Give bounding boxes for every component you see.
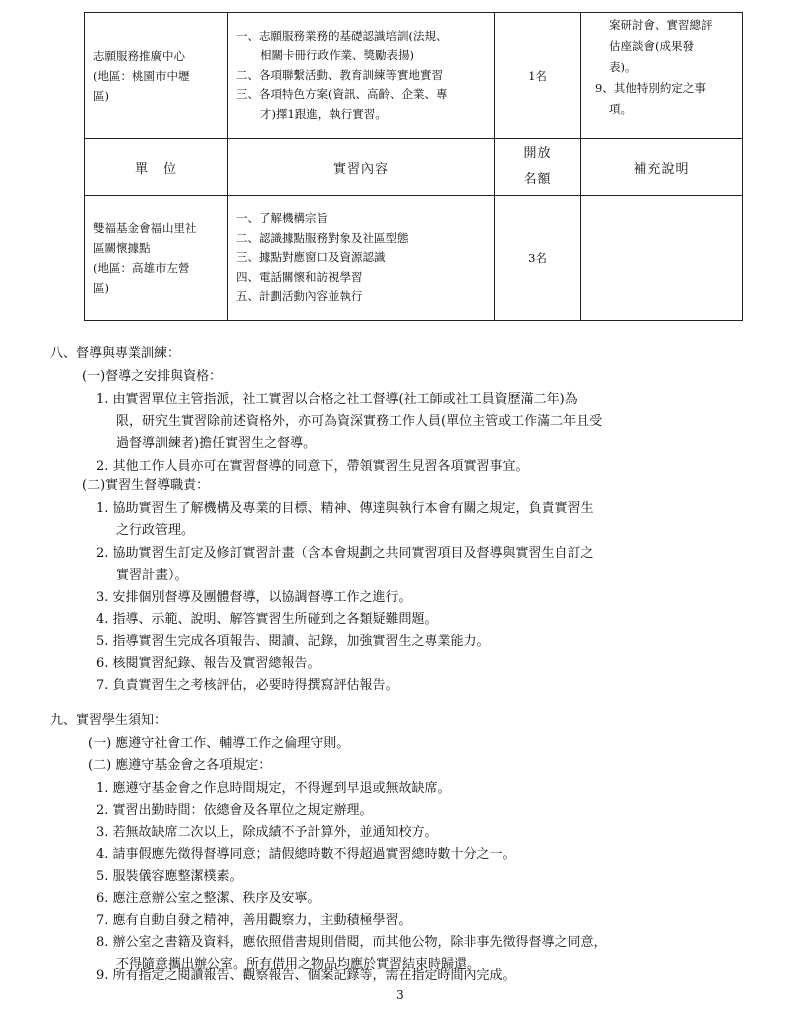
note-line: 估座談會(成果發 (587, 36, 736, 57)
note-cell: 案研討會、實習總評 估座談會(成果發 表)。 9、其他特別約定之事 項。 (581, 13, 743, 139)
list-item: 1. 由實習單位主管指派，社工實習以合格之社工督導(社工師或社工員資歷滿二年)為 (96, 390, 578, 410)
internship-table: 志願服務推廣中心 (地區：桃園市中壢 區) 一、志願服務業務的基礎認識培訓(法規… (84, 12, 743, 321)
content-line: 才)擇1跟進，執行實習。 (236, 105, 490, 125)
content-line: 三、各項特色方案(資訊、高齡、企業、專 (236, 85, 490, 105)
unit-line: 區) (93, 86, 221, 106)
list-item: 2. 協助實習生訂定及修訂實習計畫（含本會規劃之共同實習項目及督導與實習生自訂之 (96, 544, 594, 564)
list-item-cont: 過督導訓練者)擔任實習生之督導。 (116, 434, 316, 454)
section-9-title: 九、實習學生須知： (50, 711, 167, 731)
header-quota-line: 開放 (495, 141, 580, 167)
header-quota-line: 名額 (495, 167, 580, 193)
section-8-sub2-title: (二)實習生督導職責： (82, 476, 209, 496)
unit-cell: 志願服務推廣中心 (地區：桃園市中壢 區) (85, 13, 228, 139)
list-item-cont: 限，研究生實習除前述資格外，亦可為資深實務工作人員(單位主管或工作滿二年且受 (116, 412, 602, 432)
list-item: 7. 負責實習生之考核評估，必要時得撰寫評估報告。 (96, 676, 399, 696)
header-unit: 單 位 (85, 139, 228, 196)
list-item: 6. 核閱實習紀錄、報告及實習總報告。 (96, 654, 321, 674)
note-line: 9、其他特別約定之事 (587, 78, 736, 99)
section-8-title: 八、督導與專業訓練： (50, 344, 180, 364)
list-item: 4. 請事假應先徵得督導同意；請假總時數不得超過實習總時數十分之一。 (96, 845, 516, 865)
content-line: 二、各項聯繫活動、教育訓練等實地實習 (236, 66, 490, 86)
table-row-fushan-community: 雙福基金會福山里社 區關懷據點 (地區：高雄市左營 區) 一、了解機構宗旨 二、… (85, 196, 743, 321)
list-item: 3. 安排個別督導及團體督導，以協調督導工作之進行。 (96, 588, 412, 608)
list-item: 6. 應注意辦公室之整潔、秩序及安寧。 (96, 889, 321, 909)
list-item: 7. 應有自動自發之精神，善用觀察力，主動積極學習。 (96, 911, 412, 931)
header-note: 補充說明 (581, 139, 743, 196)
content-line: 三、據點對應窗口及資源認識 (236, 248, 490, 268)
header-quota: 開放 名額 (495, 139, 581, 196)
list-item: 1. 應遵守基金會之作息時間規定，不得遲到早退或無故缺席。 (96, 779, 451, 799)
content-line: 一、了解機構宗旨 (236, 209, 490, 229)
unit-line: 雙福基金會福山里社 (93, 218, 221, 238)
list-item: 4. 指導、示範、說明、解答實習生所碰到之各類疑難問題。 (96, 610, 438, 630)
list-item: 5. 服裝儀容應整潔樸素。 (96, 867, 243, 887)
note-line: 項。 (587, 99, 736, 120)
unit-line: 區) (93, 278, 221, 298)
section-8-sub1-title: (一)督導之安排與資格： (82, 367, 222, 387)
list-item: 1. 協助實習生了解機構及專業的目標、精神、傳達與執行本會有關之規定，負責實習生 (96, 499, 594, 519)
page-number: 3 (0, 988, 800, 1002)
table-header-row: 單 位 實習內容 開放 名額 補充說明 (85, 139, 743, 196)
content-line: 相關卡冊行政作業、獎勵表揚) (236, 46, 490, 66)
list-item: 2. 實習出勤時間：依總會及各單位之規定辦理。 (96, 801, 373, 821)
quota-cell: 3名 (495, 196, 581, 321)
unit-line: 志願服務推廣中心 (93, 46, 221, 66)
list-item: 8. 辦公室之書籍及資料，應依照借書規則借閱，而其他公物，除非事先徵得督導之同意… (96, 933, 607, 953)
list-item-cont: 實習計畫）。 (116, 566, 188, 586)
section-9-sub1: (一) 應遵守社會工作、輔導工作之倫理守則。 (88, 734, 349, 754)
list-item: 2. 其他工作人員亦可在實習督導的同意下，帶領實習生見習各項實習事宜。 (96, 457, 529, 477)
table-row-volunteer-center: 志願服務推廣中心 (地區：桃園市中壢 區) 一、志願服務業務的基礎認識培訓(法規… (85, 13, 743, 139)
note-cell (581, 196, 743, 321)
document-page: 志願服務推廣中心 (地區：桃園市中壢 區) 一、志願服務業務的基礎認識培訓(法規… (0, 0, 800, 1030)
list-item-cont: 之行政管理。 (116, 521, 194, 541)
content-line: 四、電話關懷和訪視學習 (236, 268, 490, 288)
list-item: 5. 指導實習生完成各項報告、閱讀、記錄，加強實習生之專業能力。 (96, 632, 490, 652)
unit-line: (地區：桃園市中壢 (93, 66, 221, 86)
unit-line: (地區：高雄市左營 (93, 258, 221, 278)
unit-cell: 雙福基金會福山里社 區關懷據點 (地區：高雄市左營 區) (85, 196, 228, 321)
list-item: 9. 所有指定之閱讀報告、觀察報告、個案記錄等，需在指定時間內完成。 (96, 966, 516, 986)
unit-line: 區關懷據點 (93, 238, 221, 258)
content-line: 一、志願服務業務的基礎認識培訓(法規、 (236, 27, 490, 47)
section-9-sub2-title: (二) 應遵守基金會之各項規定： (88, 756, 271, 776)
content-line: 二、認識據點服務對象及社區型態 (236, 229, 490, 249)
content-cell: 一、志願服務業務的基礎認識培訓(法規、 相關卡冊行政作業、獎勵表揚) 二、各項聯… (228, 13, 495, 139)
note-line: 案研討會、實習總評 (587, 15, 736, 36)
quota-cell: 1名 (495, 13, 581, 139)
content-cell: 一、了解機構宗旨 二、認識據點服務對象及社區型態 三、據點對應窗口及資源認識 四… (228, 196, 495, 321)
header-content: 實習內容 (228, 139, 495, 196)
note-line: 表)。 (587, 57, 736, 78)
content-line: 五、計劃活動內容並執行 (236, 287, 490, 307)
list-item: 3. 若無故缺席二次以上，除成績不予計算外，並通知校方。 (96, 823, 438, 843)
